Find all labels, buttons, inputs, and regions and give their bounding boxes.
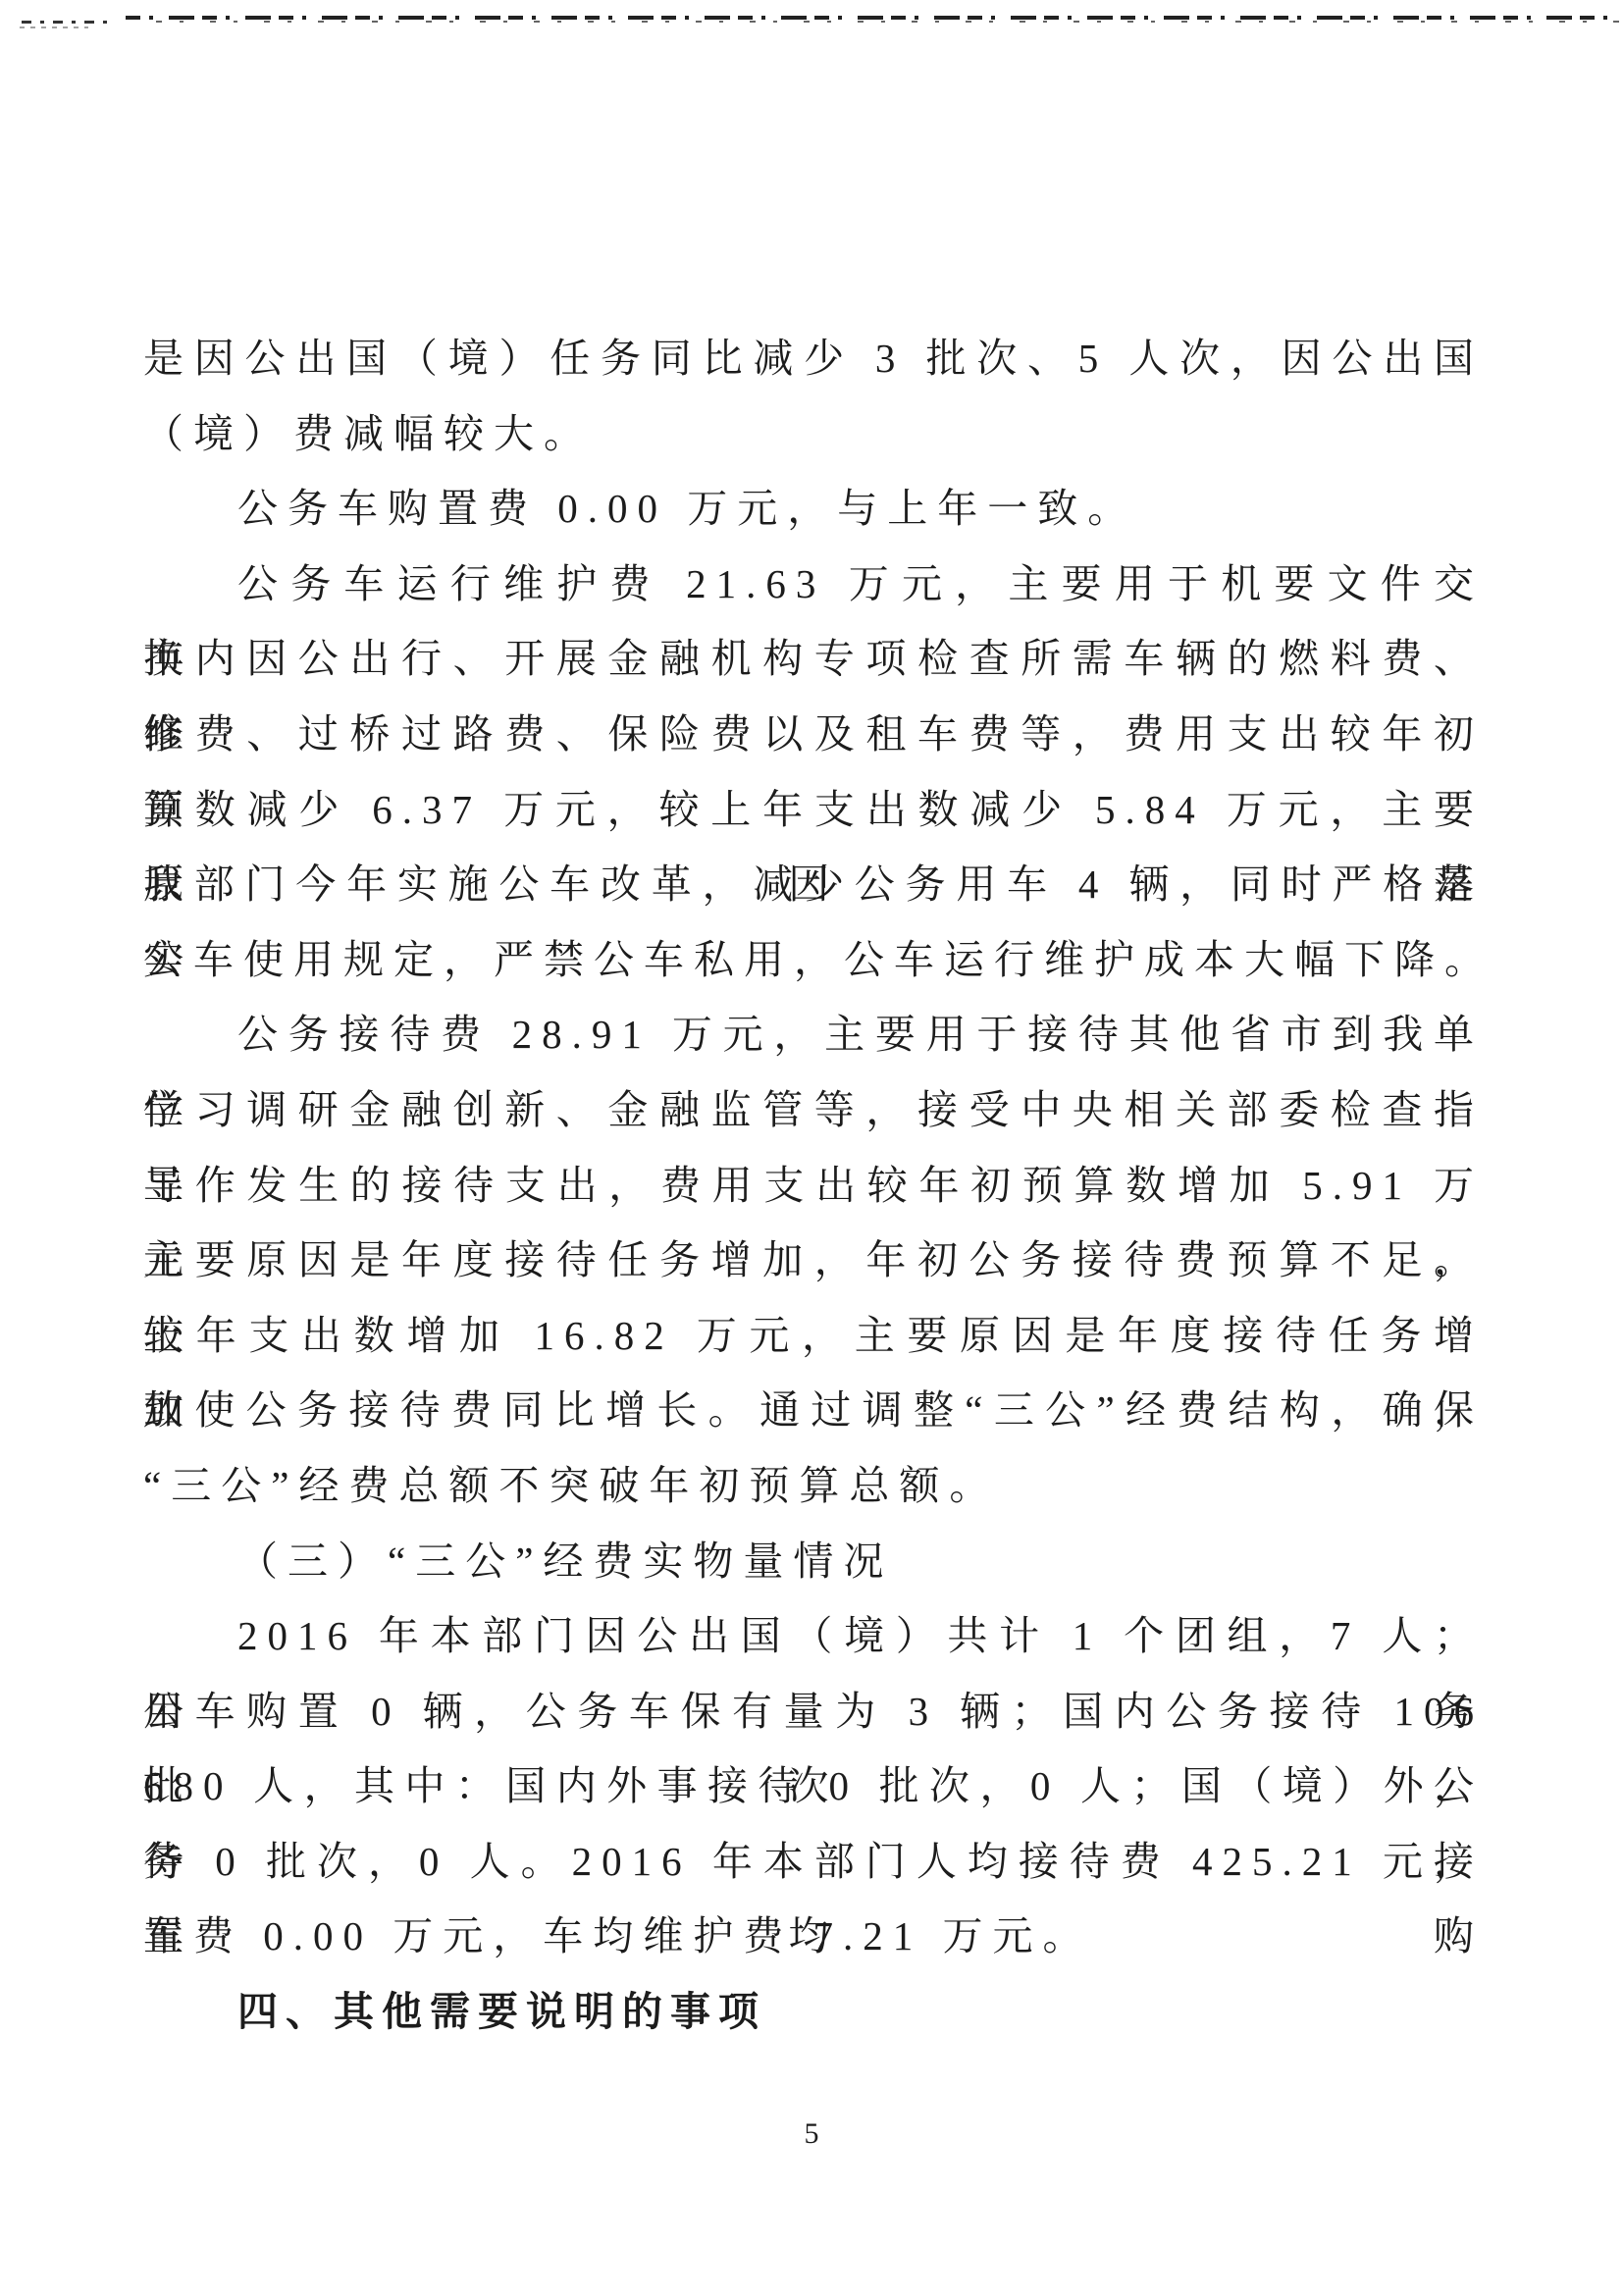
- scan-artifact-dashes-left: [22, 21, 116, 24]
- text-line: 工作发生的接待支出，费用支出较年初预算数增加 5.91 万元，: [143, 1148, 1484, 1224]
- page-number: 5: [0, 2117, 1623, 2151]
- text-line: 学习调研金融创新、金融监管等，接受中央相关部委检查指导: [143, 1072, 1484, 1148]
- scan-artifact-dashed-line-secondary: [147, 21, 1623, 23]
- text-line: 市内因公出行、开展金融机构专项检查所需车辆的燃料费、维: [143, 621, 1484, 697]
- text-line: 上年支出数增加 16.82 万元，主要原因是年度接待任务增加，: [143, 1298, 1484, 1374]
- text-line: 2016 年本部门因公出国（境）共计 1 个团组，7 人；公务: [143, 1598, 1484, 1674]
- text-line: 用车购置 0 辆，公务车保有量为 3 辆；国内公务接待 106 批次，: [143, 1674, 1484, 1749]
- text-line: 修费、过桥过路费、保险费以及租车费等，费用支出较年初预: [143, 697, 1484, 772]
- text-line: 680 人，其中：国内外事接待 0 批次，0 人；国（境）外公务接: [143, 1748, 1484, 1824]
- text-line: “三公”经费总额不突破年初预算总额。: [143, 1448, 1484, 1524]
- scan-artifact-dashed-line: [126, 16, 1623, 20]
- text-block: 是因公出国（境）任务同比减少 3 批次、5 人次，因公出国（境）费减幅较大。公务…: [143, 321, 1484, 2050]
- text-line: 待 0 批次，0 人。2016 年本部门人均接待费 425.21 元，车均购: [143, 1824, 1484, 1900]
- text-line: 公务车运行维护费 21.63 万元，主要用于机要文件交换、: [143, 547, 1484, 622]
- scan-artifact-dashes-left-secondary: [20, 26, 88, 28]
- text-line: （境）费减幅较大。: [143, 396, 1484, 472]
- text-line: 主要原因是年度接待任务增加，年初公务接待费预算不足。较: [143, 1223, 1484, 1298]
- text-line: 公务接待费 28.91 万元，主要用于接待其他省市到我单位: [143, 997, 1484, 1072]
- text-line: 是因公出国（境）任务同比减少 3 批次、5 人次，因公出国: [143, 321, 1484, 396]
- section-heading-line: 四、其他需要说明的事项: [143, 1974, 1484, 2050]
- text-line: 致使公务接待费同比增长。通过调整“三公”经费结构，确保: [143, 1373, 1484, 1448]
- text-line: 我部门今年实施公车改革，减少公务用车 4 辆，同时严格落实: [143, 847, 1484, 922]
- text-line: 公务车购置费 0.00 万元，与上年一致。: [143, 471, 1484, 547]
- text-line: （三）“三公”经费实物量情况: [143, 1524, 1484, 1599]
- document-page: 是因公出国（境）任务同比减少 3 批次、5 人次，因公出国（境）费减幅较大。公务…: [0, 0, 1623, 2296]
- text-line: 算数减少 6.37 万元，较上年支出数减少 5.84 万元，主要原因是: [143, 772, 1484, 848]
- text-line: 公车使用规定，严禁公车私用，公车运行维护成本大幅下降。: [143, 922, 1484, 998]
